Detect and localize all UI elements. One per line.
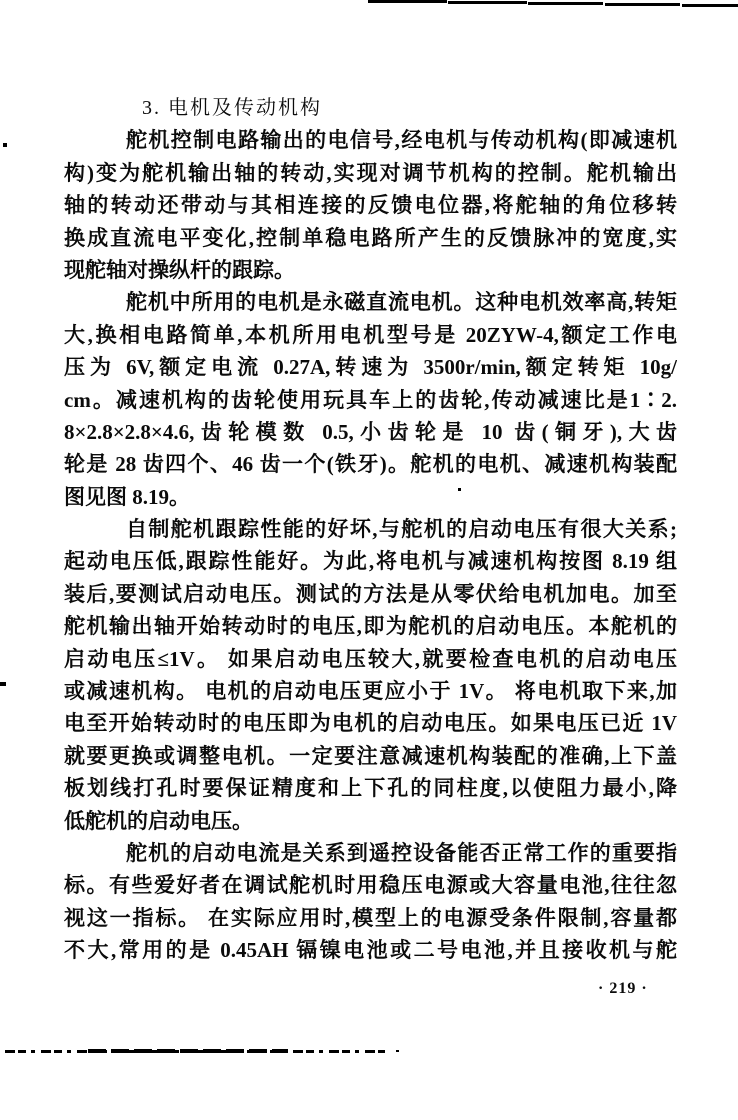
- text-line: 换成直流电平变化,控制单稳电路所产生的反馈脉冲的宽度,实: [64, 222, 677, 254]
- page-text: 3. 电机及传动机构 舵机控制电路输出的电信号,经电机与传动机构(即减速机 构)…: [64, 92, 677, 967]
- text-line: 或减速机构。 电机的启动电压更应小于 1V。 将电机取下来,加: [64, 675, 677, 707]
- text-line: 板划线打孔时要保证精度和上下孔的同柱度,以使阻力最小,降: [64, 772, 677, 804]
- text-line: 8×2.8×2.8×4.6,齿轮模数 0.5,小齿轮是 10 齿(铜牙),大齿: [64, 416, 677, 448]
- text-line: 视这一指标。 在实际应用时,模型上的电源受条件限制,容量都: [64, 902, 677, 934]
- text-line: 不大,常用的是 0.45AH 镉镍电池或二号电池,并且接收机与舵: [64, 934, 677, 966]
- text-line: 舵机控制电路输出的电信号,经电机与传动机构(即减速机: [64, 124, 677, 156]
- scan-artifact-top-bar-4: [605, 3, 680, 6]
- scan-artifact-top-bar-5: [682, 4, 738, 7]
- text-line: 舵机的启动电流是关系到遥控设备能否正常工作的重要指: [64, 837, 677, 869]
- page-number: · 219 ·: [598, 980, 648, 998]
- scan-artifact-bottom-broken-line-overlay: [88, 1049, 288, 1053]
- scan-noise-dot-bottom: [396, 1050, 399, 1052]
- text-line: 现舵轴对操纵杆的跟踪。: [64, 254, 677, 286]
- text-line: 大,换相电路简单,本机所用电机型号是 20ZYW-4,额定工作电: [64, 319, 677, 351]
- text-line: 低舵机的启动电压。: [64, 805, 677, 837]
- text-line: 轴的转动还带动与其相连接的反馈电位器,将舵轴的角位移转: [64, 189, 677, 221]
- text-line: 图见图 8.19。: [64, 481, 677, 513]
- scan-artifact-top-bar-3: [528, 2, 603, 5]
- text-line: 舵机中所用的电机是永磁直流电机。这种电机效率高,转矩: [64, 286, 677, 318]
- text-line: 电至开始转动时的电压即为电机的启动电压。如果电压已近 1V: [64, 707, 677, 739]
- scan-noise-dash-left-edge: [0, 682, 6, 686]
- text-line: 构)变为舵机输出轴的转动,实现对调节机构的控制。舵机输出: [64, 157, 677, 189]
- text-line: 装后,要测试启动电压。测试的方法是从零伏给电机加电。加至: [64, 578, 677, 610]
- text-line: 就要更换或调整电机。一定要注意减速机构装配的准确,上下盖: [64, 740, 677, 772]
- scan-artifact-top-bar-2: [448, 1, 527, 4]
- text-line: 舵机输出轴开始转动时的电压,即为舵机的启动电压。本舵机的: [64, 610, 677, 642]
- text-line: 启动电压≤1V。 如果启动电压较大,就要检查电机的启动电压: [64, 643, 677, 675]
- text-line: 标。有些爱好者在调试舵机时用稳压电源或大容量电池,往往忽: [64, 869, 677, 901]
- scan-artifact-top-bar-1: [368, 0, 447, 3]
- section-heading: 3. 电机及传动机构: [64, 92, 677, 124]
- text-line: 轮是 28 齿四个、46 齿一个(铁牙)。舵机的电机、减速机构装配: [64, 448, 677, 480]
- text-line: 起动电压低,跟踪性能好。为此,将电机与减速机构按图 8.19 组: [64, 545, 677, 577]
- text-line: 压为 6V,额定电流 0.27A,转速为 3500r/min,额定转矩 10g/: [64, 351, 677, 383]
- scan-noise-dot-left: [3, 143, 7, 147]
- text-line: 自制舵机跟踪性能的好坏,与舵机的启动电压有很大关系;: [64, 513, 677, 545]
- text-line: cm。减速机构的齿轮使用玩具车上的齿轮,传动减速比是1∶2.: [64, 384, 677, 416]
